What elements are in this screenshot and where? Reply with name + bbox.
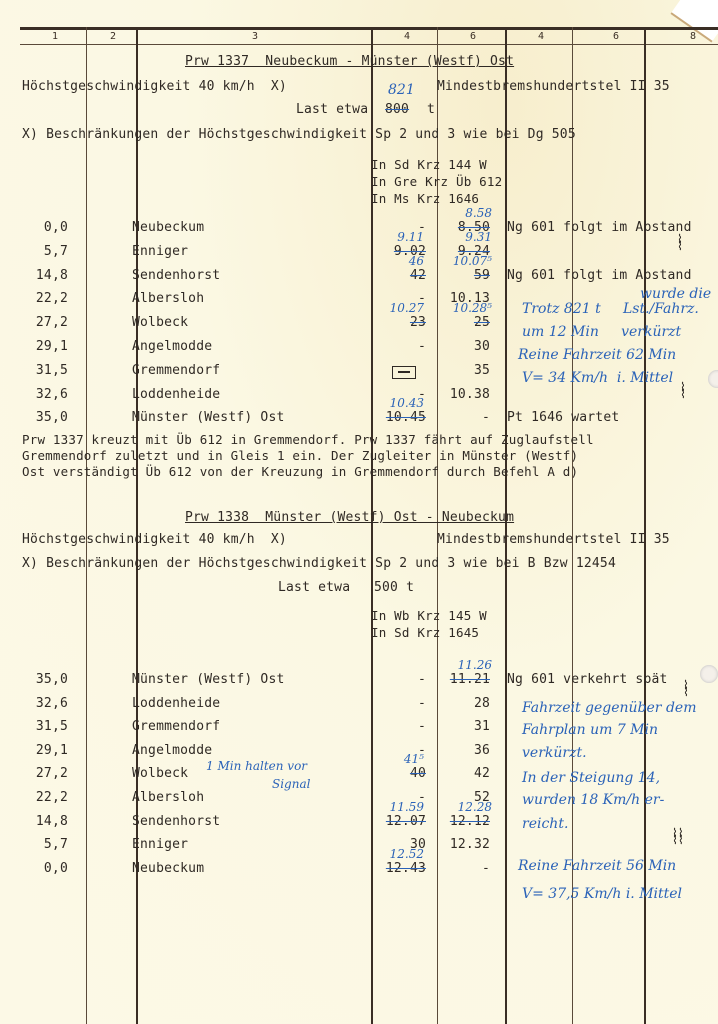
- km-value: 29,1: [36, 339, 68, 354]
- departure-time: 25: [474, 315, 490, 330]
- handwritten-note: wurde die: [640, 286, 711, 302]
- arrival-time-corrected: 11.59: [390, 800, 424, 814]
- km-value: 22,2: [36, 790, 68, 805]
- departure-time: 35: [474, 363, 490, 378]
- station-name: Gremmendorf: [132, 719, 220, 734]
- station-name: Münster (Westf) Ost: [132, 672, 285, 687]
- footnote-line: Ost verständigt Üb 612 von der Kreuzung …: [22, 464, 578, 479]
- arrival-time-corrected: 9.11: [397, 230, 424, 244]
- remark: Ng 601 folgt im Abstand: [507, 268, 692, 283]
- handwritten-note: Reine Fahrzeit 56 Min: [518, 858, 676, 874]
- col-divider: [86, 27, 87, 1024]
- handwritten-note: V= 37,5 Km/h i. Mittel: [522, 886, 682, 902]
- departure-time: 28: [474, 696, 490, 711]
- arrival-time-corrected: 12.52: [390, 847, 424, 861]
- handwritten-note: Fahrplan um 7 Min: [522, 722, 658, 738]
- station-name: Loddenheide: [132, 696, 220, 711]
- station-name: Albersloh: [132, 790, 204, 805]
- departure-time-corrected: 11.26: [458, 658, 492, 672]
- arrival-time-corrected: 10.43: [390, 396, 424, 410]
- section2-load-value: 500 t: [374, 580, 414, 595]
- km-value: 32,6: [36, 696, 68, 711]
- crossing-line: In Sd Krz 144 W: [371, 157, 487, 172]
- arrival-time-corrected: 46: [409, 254, 424, 268]
- station-name: Gremmendorf: [132, 363, 220, 378]
- remark: Ng 601 verkehrt spät: [507, 672, 668, 687]
- station-name: Loddenheide: [132, 387, 220, 402]
- column-number: 2: [110, 31, 116, 42]
- km-value: 35,0: [36, 672, 68, 687]
- section2-restriction: X) Beschränkungen der Höchstgeschwindigk…: [22, 556, 616, 571]
- station-name: Enniger: [132, 244, 188, 259]
- arrival-time: -: [418, 696, 426, 711]
- km-value: 0,0: [44, 861, 68, 876]
- km-value: 14,8: [36, 268, 68, 283]
- section1-restriction: X) Beschränkungen der Höchstgeschwindigk…: [22, 127, 576, 142]
- departure-time-corrected: 10.28⁵: [453, 301, 492, 315]
- section2-min-brake: Mindestbremshundertstel II 35: [437, 532, 670, 547]
- remark: Pt 1646 wartet: [507, 410, 619, 425]
- arrival-time: 12.43: [386, 861, 426, 876]
- departure-time-corrected: 10.07⁵: [453, 254, 492, 268]
- section1-title: Prw 1337 Neubeckum - Münster (Westf) Ost: [185, 54, 514, 69]
- handwritten-note: reicht.: [522, 816, 568, 832]
- departure-time: 11.21: [450, 672, 490, 687]
- station-name: Sendenhorst: [132, 814, 220, 829]
- handwritten-note: wurden 18 Km/h er-: [522, 792, 664, 808]
- arrival-time: 42: [410, 268, 426, 283]
- section1-load-label: Last etwa: [296, 102, 368, 117]
- section2-load-label: Last etwa: [278, 580, 350, 595]
- footnote-line: Prw 1337 kreuzt mit Üb 612 in Gremmendor…: [22, 432, 594, 447]
- arrival-time-corrected: 41⁵: [404, 752, 424, 766]
- station-name: Münster (Westf) Ost: [132, 410, 285, 425]
- departure-time: 31: [474, 719, 490, 734]
- column-number: 1: [52, 31, 58, 42]
- handwritten-note: Fahrzeit gegenüber dem: [522, 700, 696, 716]
- km-value: 27,2: [36, 766, 68, 781]
- departure-time-corrected: 8.58: [465, 206, 492, 220]
- km-value: 0,0: [44, 220, 68, 235]
- crossing-symbol-icon: [392, 366, 416, 379]
- km-value: 29,1: [36, 743, 68, 758]
- km-value: 31,5: [36, 719, 68, 734]
- arrival-time: 12.07: [386, 814, 426, 829]
- zigzag-mark: ⌇⌇: [683, 682, 689, 696]
- handwritten-note: Trotz 821 t Lst./Fahrz.: [522, 301, 699, 317]
- station-name: Angelmodde: [132, 339, 212, 354]
- arrival-time: 40: [410, 766, 426, 781]
- departure-time: -: [482, 410, 490, 425]
- section1-load-original: 800: [385, 102, 409, 117]
- handwritten-note: verkürzt.: [522, 745, 587, 761]
- departure-time-corrected: 9.31: [465, 230, 492, 244]
- column-number: 6: [470, 31, 476, 42]
- col-divider: [505, 27, 507, 1024]
- column-number: 4: [404, 31, 410, 42]
- col-divider: [572, 27, 573, 1024]
- section1-min-brake: Mindestbremshundertstel II 35: [437, 79, 670, 94]
- station-name: Albersloh: [132, 291, 204, 306]
- zigzag-mark: ⌇⌇⌇⌇: [672, 830, 684, 844]
- crossing-line: In Gre Krz Üb 612: [371, 174, 502, 189]
- station-name: Enniger: [132, 837, 188, 852]
- wolbeck-note: 1 Min halten vor: [206, 759, 307, 773]
- column-number: 3: [252, 31, 258, 42]
- departure-time: 30: [474, 339, 490, 354]
- departure-time: 42: [474, 766, 490, 781]
- section1-load-unit: t: [427, 102, 435, 117]
- arrival-time: 10.45: [386, 410, 426, 425]
- column-number: 8: [690, 31, 696, 42]
- handwritten-note: Reine Fahrzeit 62 Min: [518, 347, 676, 363]
- crossing-line: In Sd Krz 1645: [371, 625, 479, 640]
- punch-hole: [700, 665, 718, 683]
- departure-time-corrected: 12.28: [458, 800, 492, 814]
- arrival-time: -: [418, 672, 426, 687]
- arrival-time: -: [418, 339, 426, 354]
- column-number: 4: [538, 31, 544, 42]
- handwritten-note: In der Steigung 14,: [522, 770, 660, 786]
- crossing-line: In Ms Krz 1646: [371, 191, 479, 206]
- station-name: Wolbeck: [132, 315, 188, 330]
- section1-max-speed: Höchstgeschwindigkeit 40 km/h X): [22, 79, 287, 94]
- station-name: Sendenhorst: [132, 268, 220, 283]
- station-name: Wolbeck: [132, 766, 188, 781]
- remark: Ng 601 folgt im Abstand: [507, 220, 692, 235]
- header-rule-bottom: [20, 44, 718, 45]
- crossing-line: In Wb Krz 145 W: [371, 608, 487, 623]
- wolbeck-note: Signal: [272, 777, 310, 791]
- km-value: 5,7: [44, 244, 68, 259]
- departure-time: 12.12: [450, 814, 490, 829]
- arrival-time: -: [418, 719, 426, 734]
- departure-time: -: [482, 861, 490, 876]
- column-number: 6: [613, 31, 619, 42]
- section2-max-speed: Höchstgeschwindigkeit 40 km/h X): [22, 532, 287, 547]
- km-value: 5,7: [44, 837, 68, 852]
- departure-time: 10.38: [450, 387, 490, 402]
- handwritten-note: V= 34 Km/h i. Mittel: [522, 370, 673, 386]
- section1-load-handwritten: 821: [388, 82, 415, 98]
- handwritten-note: um 12 Min verkürzt: [522, 324, 681, 340]
- header-rule-top: [20, 27, 718, 30]
- arrival-time: 23: [410, 315, 426, 330]
- zigzag-mark: ⌇⌇: [680, 384, 686, 398]
- km-value: 22,2: [36, 291, 68, 306]
- station-name: Neubeckum: [132, 861, 204, 876]
- departure-time: 12.32: [450, 837, 490, 852]
- section2-title: Prw 1338 Münster (Westf) Ost - Neubeckum: [185, 510, 514, 525]
- departure-time: 36: [474, 743, 490, 758]
- km-value: 35,0: [36, 410, 68, 425]
- departure-time: 59: [474, 268, 490, 283]
- station-name: Neubeckum: [132, 220, 204, 235]
- col-divider: [644, 27, 646, 1024]
- station-name: Angelmodde: [132, 743, 212, 758]
- zigzag-mark: ⌇⌇: [677, 236, 683, 250]
- km-value: 31,5: [36, 363, 68, 378]
- km-value: 14,8: [36, 814, 68, 829]
- km-value: 32,6: [36, 387, 68, 402]
- footnote-line: Gremmendorf zuletzt und in Gleis 1 ein. …: [22, 448, 578, 463]
- km-value: 27,2: [36, 315, 68, 330]
- arrival-time-corrected: 10.27: [390, 301, 424, 315]
